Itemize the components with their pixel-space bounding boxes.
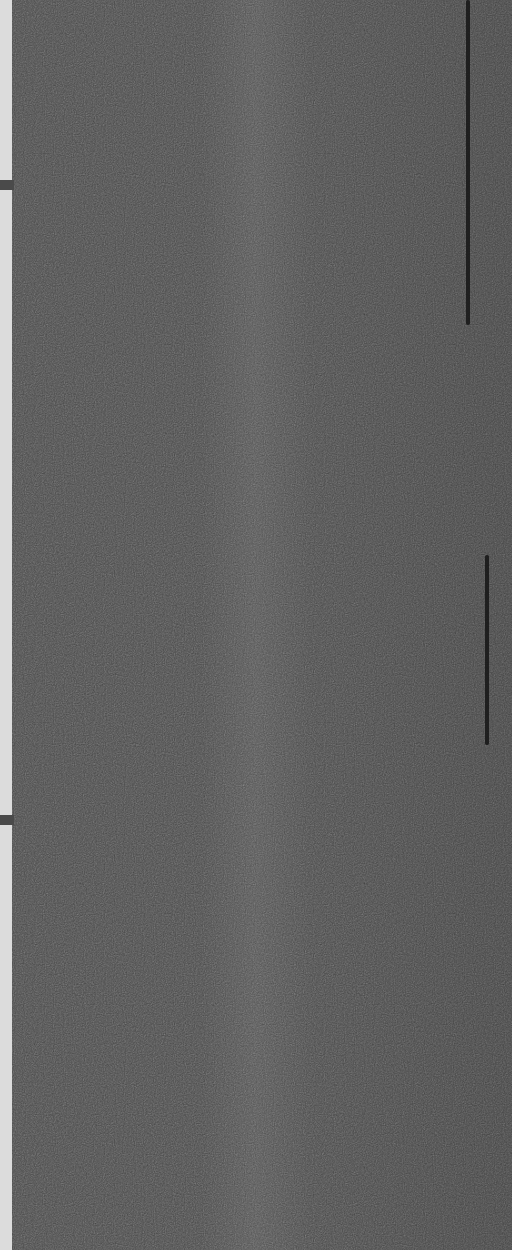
darker-band: [300, 0, 512, 1250]
marking-gap: [0, 180, 14, 190]
lighter-band: [200, 0, 310, 1250]
road-surface-image: [0, 0, 512, 1250]
crack: [466, 0, 470, 325]
marking-gap: [0, 815, 14, 825]
crack: [485, 555, 489, 745]
